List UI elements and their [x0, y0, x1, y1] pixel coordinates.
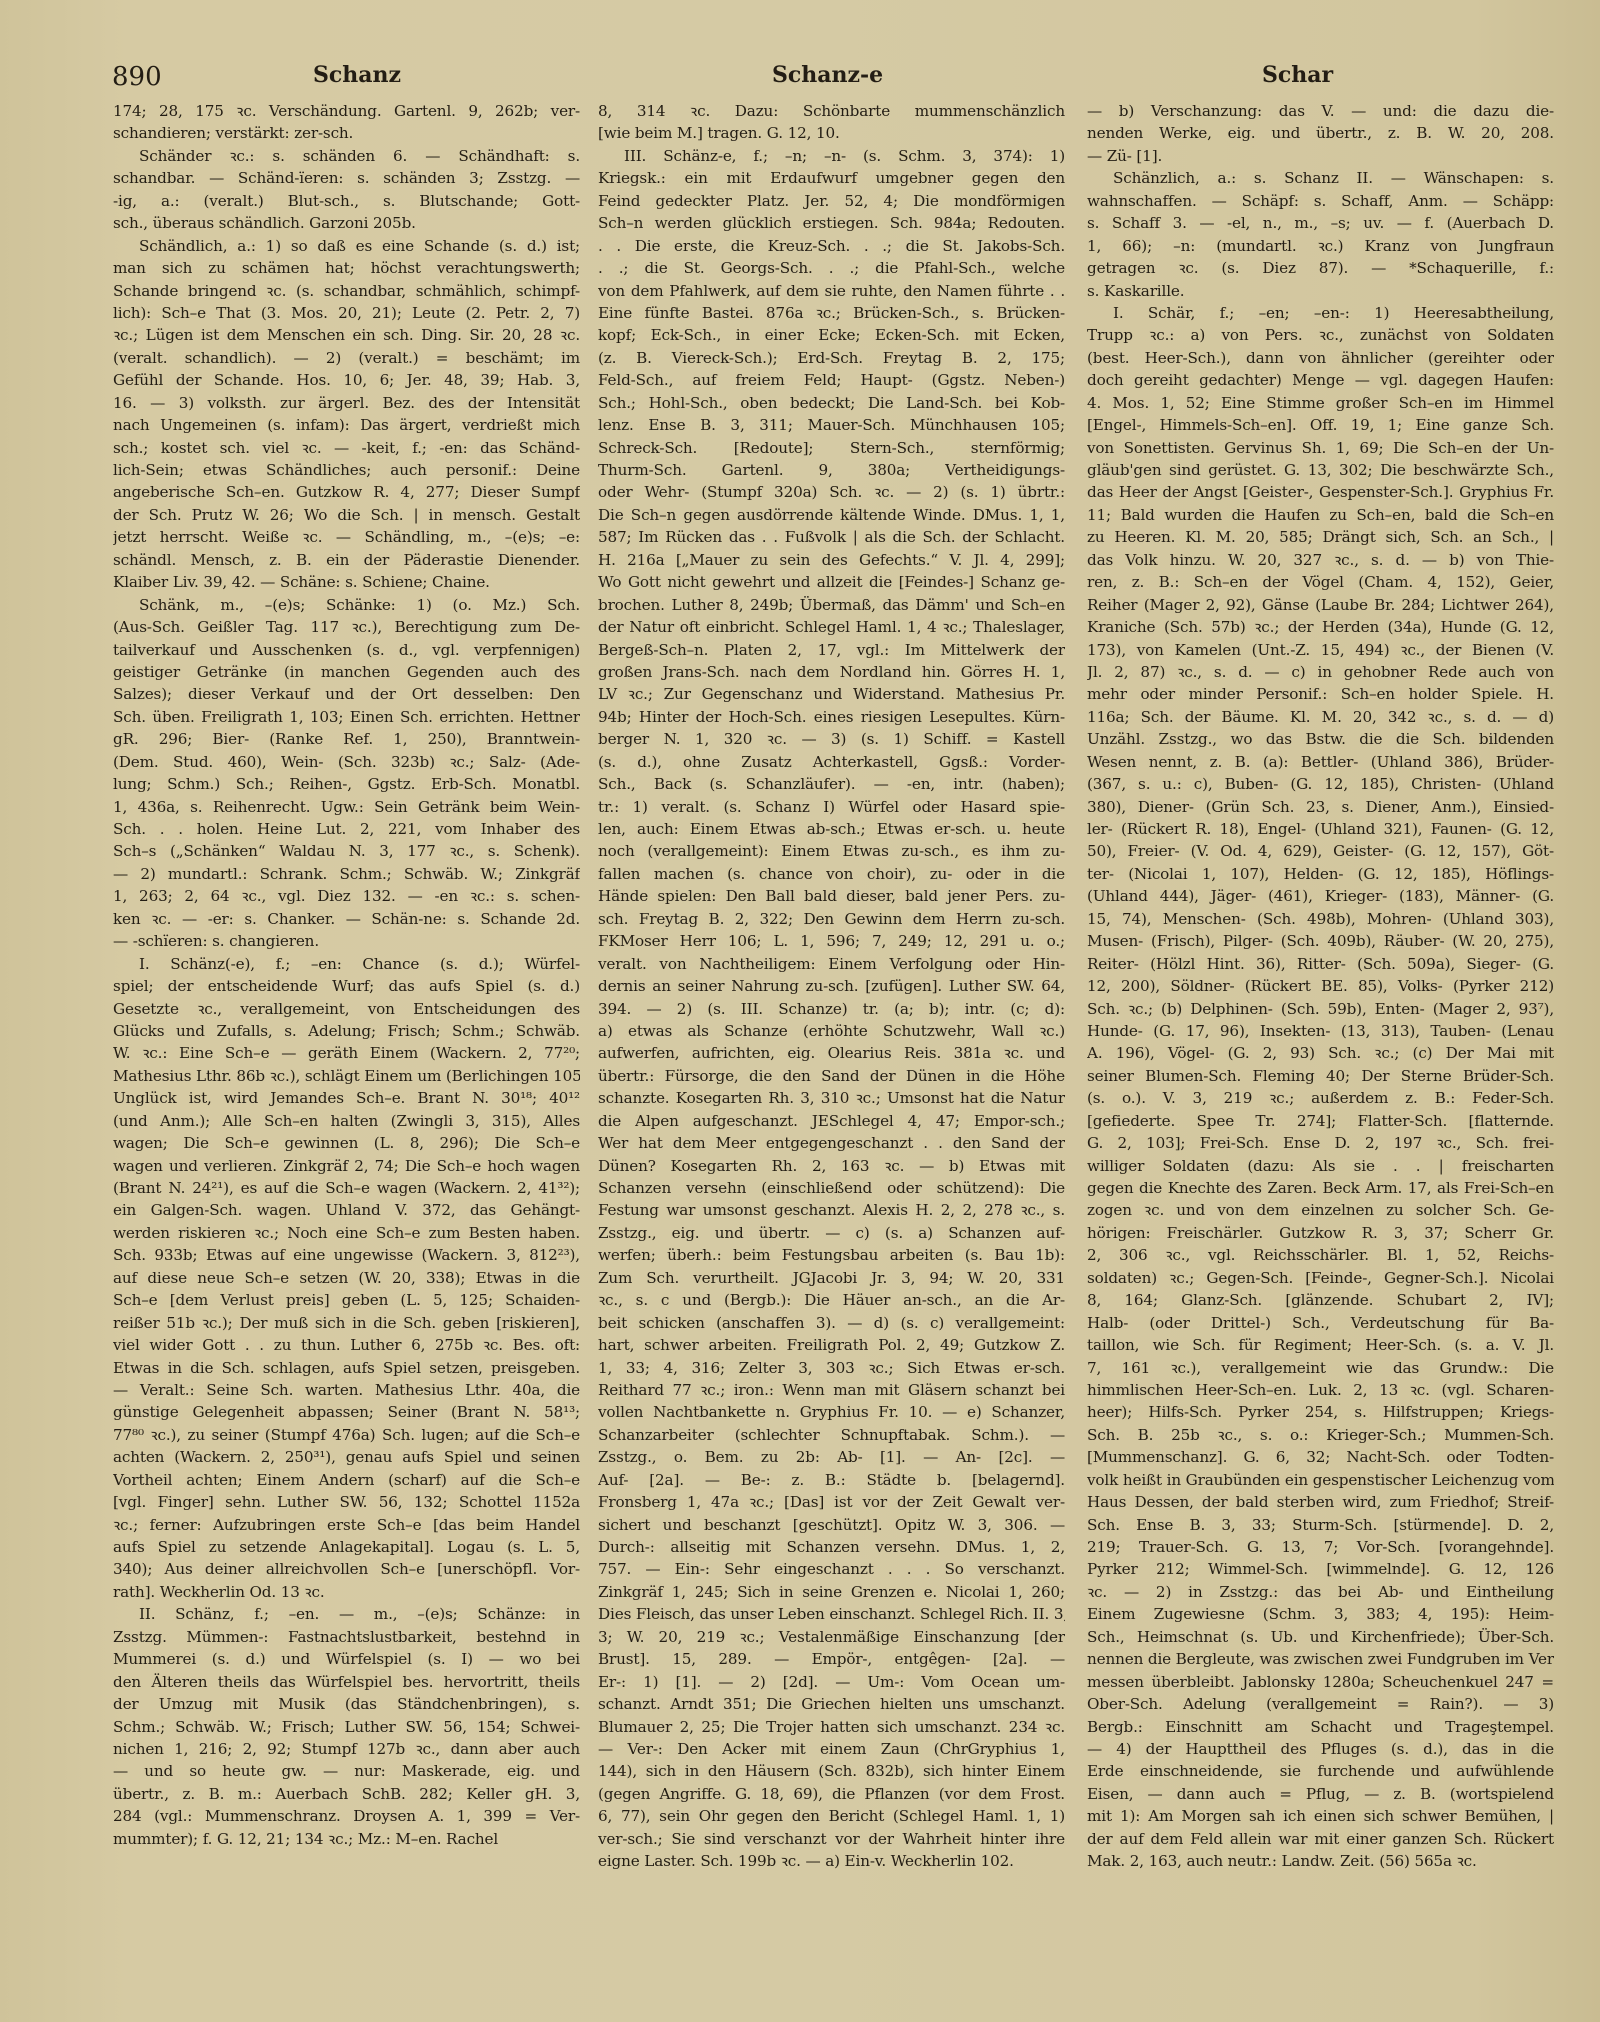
text-line: 1, 436a, s. Reihenrecht. Ugw.: Sein Getr…	[113, 796, 580, 818]
text-line: mehr oder minder Personif.: Sch–en holde…	[1087, 683, 1554, 705]
text-line: Glücks und Zufalls, s. Adelung; Frisch; …	[113, 1020, 580, 1042]
text-line: Wo Gott nicht gewehrt und allzeit die [F…	[598, 571, 1065, 593]
text-line: sch.; kostet sch. viel ꝛc. — -keit, f.; …	[113, 437, 580, 459]
text-line: Blumauer 2, 25; Die Trojer hatten sich u…	[598, 1716, 1065, 1738]
text-line: ꝛc. — 2) in Zsstzg.: das bei Ab- und Ein…	[1087, 1581, 1554, 1603]
text-line: Feind gedeckter Platz. Jer. 52, 4; Die m…	[598, 190, 1065, 212]
text-line: Erde einschneidende, sie furchende und a…	[1087, 1760, 1554, 1782]
text-line: Reiter- (Hölzl Hint. 36), Ritter- (Sch. …	[1087, 953, 1554, 975]
text-line: ver-sch.; Sie sind verschanzt vor der Wa…	[598, 1828, 1065, 1850]
text-line: gegen die Knechte des Zaren. Beck Arm. 1…	[1087, 1177, 1554, 1199]
text-line: Sch. . . holen. Heine Lut. 2, 221, vom I…	[113, 818, 580, 840]
text-line: lich-Sein; etwas Schändliches; auch pers…	[113, 459, 580, 481]
text-line: FKMoser Herr 106; L. 1, 596; 7, 249; 12,…	[598, 930, 1065, 952]
text-line: II. Schänz, f.; –en. — m., –(e)s; Schänz…	[113, 1603, 580, 1625]
text-line: (Uhland 444), Jäger- (461), Krieger- (18…	[1087, 885, 1554, 907]
text-line: 587; Im Rücken das . . Fußvolk | als die…	[598, 526, 1065, 548]
text-line: Schande bringend ꝛc. (s. schandbar, schm…	[113, 280, 580, 302]
text-line: Schändlich, a.: 1) so daß es eine Schand…	[113, 235, 580, 257]
text-line: schanzte. Kosegarten Rh. 3, 310 ꝛc.; Ums…	[598, 1087, 1065, 1109]
text-line: spiel; der entscheidende Wurf; das aufs …	[113, 975, 580, 997]
text-line: hart, schwer arbeiten. Freiligrath Pol. …	[598, 1334, 1065, 1356]
text-line: auf diese neue Sch–e setzen (W. 20, 338)…	[113, 1267, 580, 1289]
text-line: (gegen Angriffe. G. 18, 69), die Pflanze…	[598, 1783, 1065, 1805]
text-line: (Dem. Stud. 460), Wein- (Sch. 323b) ꝛc.;…	[113, 751, 580, 773]
text-line: wahnschaffen. — Schäpf: s. Schaff, Anm. …	[1087, 190, 1554, 212]
text-line: mit 1): Am Morgen sah ich einen sich sch…	[1087, 1805, 1554, 1827]
text-line: Schänzlich, a.: s. Schanz II. — Wänschap…	[1087, 167, 1554, 189]
text-line: Gesetzte ꝛc., verallgemeint, von Entsche…	[113, 998, 580, 1020]
text-line: Sch. üben. Freiligrath 1, 103; Einen Sch…	[113, 706, 580, 728]
text-line: Etwas in die Sch. schlagen, aufs Spiel s…	[113, 1357, 580, 1379]
text-line: dernis an seiner Nahrung zu-sch. [zufüge…	[598, 975, 1065, 997]
text-line: (und Anm.); Alle Sch–en halten (Zwingli …	[113, 1110, 580, 1132]
text-line: 4. Mos. 1, 52; Eine Stimme großer Sch–en…	[1087, 392, 1554, 414]
text-line: (367, s. u.: c), Buben- (G. 12, 185), Ch…	[1087, 773, 1554, 795]
text-line: tr.: 1) veralt. (s. Schanz I) Würfel ode…	[598, 796, 1065, 818]
text-line: — Zü- [1].	[1087, 145, 1554, 167]
text-line: (s. o.). V. 3, 219 ꝛc.; außerdem z. B.: …	[1087, 1087, 1554, 1109]
text-line: achten (Wackern. 2, 250³¹), genau aufs S…	[113, 1446, 580, 1468]
text-line: I. Schänz(-e), f.; –en: Chance (s. d.); …	[113, 953, 580, 975]
text-line: schändl. Mensch, z. B. ein der Päderasti…	[113, 549, 580, 571]
text-line: 7, 161 ꝛc.), verallgemeint wie das Grund…	[1087, 1357, 1554, 1379]
text-line: nichen 1, 216; 2, 92; Stumpf 127b ꝛc., d…	[113, 1738, 580, 1760]
text-line: Salzes); dieser Verkauf und der Ort dess…	[113, 683, 580, 705]
text-line: Thurm-Sch. Gartenl. 9, 380a; Vertheidigu…	[598, 459, 1065, 481]
text-line: Schm.; Schwäb. W.; Frisch; Luther SW. 56…	[113, 1716, 580, 1738]
text-line: schandieren; verstärkt: zer-sch.	[113, 122, 580, 144]
text-line: Sch. B. 25b ꝛc., s. o.: Krieger-Sch.; Mu…	[1087, 1424, 1554, 1446]
text-line: ter- (Nicolai 1, 107), Helden- (G. 12, 1…	[1087, 863, 1554, 885]
text-line: -ig, a.: (veralt.) Blut-sch., s. Blutsch…	[113, 190, 580, 212]
text-line: s. Schaff 3. — -el, n., m., –s; uv. — f.…	[1087, 212, 1554, 234]
text-line: sch. Freytag B. 2, 322; Den Gewinn dem H…	[598, 908, 1065, 930]
text-line: (Aus-Sch. Geißler Tag. 117 ꝛc.), Berecht…	[113, 616, 580, 638]
left-running-head: Schanz	[313, 62, 401, 88]
page-number: 890	[112, 62, 162, 92]
text-line: Wer hat dem Meer entgegengeschanzt . . d…	[598, 1132, 1065, 1154]
text-line: (veralt. schandlich). — 2) (veralt.) = b…	[113, 347, 580, 369]
text-line: 219; Trauer-Sch. G. 13, 7; Vor-Sch. [vor…	[1087, 1536, 1554, 1558]
text-line: Reiher (Mager 2, 92), Gänse (Laube Br. 2…	[1087, 594, 1554, 616]
text-line: das Volk hinzu. W. 20, 327 ꝛc., s. d. — …	[1087, 549, 1554, 571]
text-line: vollen Nachtbankette n. Gryphius Fr. 10.…	[598, 1401, 1065, 1423]
text-line: Sch–n werden glücklich erstiegen. Sch. 9…	[598, 212, 1065, 234]
text-line: messen überbleibt. Jablonsky 1280a; Sche…	[1087, 1671, 1554, 1693]
text-line: brochen. Luther 8, 249b; Übermaß, das Dä…	[598, 594, 1065, 616]
text-line: [Engel-, Himmels-Sch–en]. Off. 19, 1; Ei…	[1087, 414, 1554, 436]
text-line: reißer 51b ꝛc.); Der muß sich in die Sch…	[113, 1312, 580, 1334]
text-line: werfen; überh.: beim Festungsbau arbeite…	[598, 1244, 1065, 1266]
text-line: — 2) mundartl.: Schrank. Schm.; Schwäb. …	[113, 863, 580, 885]
text-line: lenz. Ense B. 3, 311; Mauer-Sch. Münchha…	[598, 414, 1065, 436]
text-line: (best. Heer-Sch.), dann von ähnlicher (g…	[1087, 347, 1554, 369]
text-line: wagen; Die Sch–e gewinnen (L. 8, 296); D…	[113, 1132, 580, 1154]
right-running-head: Schar	[1262, 62, 1333, 88]
text-line: 284 (vgl.: Mummenschranz. Droysen A. 1, …	[113, 1805, 580, 1827]
text-line: Festung war umsonst geschanzt. Alexis H.…	[598, 1199, 1065, 1221]
text-line: Brust]. 15, 289. — Empör-, entgêgen- [2a…	[598, 1648, 1065, 1670]
text-line: Ober-Sch. Adelung (verallgemeint = Rain?…	[1087, 1693, 1554, 1715]
text-line: Gefühl der Schande. Hos. 10, 6; Jer. 48,…	[113, 369, 580, 391]
text-line: (Brant N. 24²¹), es auf die Sch–e wagen …	[113, 1177, 580, 1199]
text-column-right: — b) Verschanzung: das V. — und: die daz…	[1087, 100, 1554, 1873]
text-line: len, auch: Einem Etwas ab-sch.; Etwas er…	[598, 818, 1065, 840]
text-line: Zinkgräf 1, 245; Sich in seine Grenzen e…	[598, 1581, 1065, 1603]
text-line: LV ꝛc.; Zur Gegenschanz und Widerstand. …	[598, 683, 1065, 705]
text-line: Halb- (oder Drittel-) Sch., Verdeutschun…	[1087, 1312, 1554, 1334]
text-column-left: 174; 28, 175 ꝛc. Verschändung. Gartenl. …	[113, 100, 580, 1850]
text-line: Sch–e [dem Verlust preis] geben (L. 5, 1…	[113, 1289, 580, 1311]
text-line: nenden Werke, eig. und übertr., z. B. W.…	[1087, 122, 1554, 144]
text-line: Unglück ist, wird Jemandes Sch–e. Brant …	[113, 1087, 580, 1109]
text-line: fallen machen (s. chance von choir), zu-…	[598, 863, 1065, 885]
text-line: das Heer der Angst [Geister-, Gespenster…	[1087, 481, 1554, 503]
text-line: 380), Diener- (Grün Sch. 23, s. Diener, …	[1087, 796, 1554, 818]
text-line: Feld-Sch., auf freiem Feld; Haupt- (Ggst…	[598, 369, 1065, 391]
text-line: 144), sich in den Häusern (Sch. 832b), s…	[598, 1760, 1065, 1782]
text-line: Sch. ꝛc.; (b) Delphinen- (Sch. 59b), Ent…	[1087, 998, 1554, 1020]
text-line: Schänder ꝛc.: s. schänden 6. — Schändhaf…	[113, 145, 580, 167]
text-line: 11; Bald wurden die Haufen zu Sch–en, ba…	[1087, 504, 1554, 526]
text-line: Zsstzg. Mümmen-: Fastnachtslustbarkeit, …	[113, 1626, 580, 1648]
text-line: 3; W. 20, 219 ꝛc.; Vestalenmäßige Einsch…	[598, 1626, 1065, 1648]
text-line: getragen ꝛc. (s. Diez 87). — *Schaqueril…	[1087, 257, 1554, 279]
text-line: ken ꝛc. — -er: s. Chanker. — Schän-ne: s…	[113, 908, 580, 930]
text-line: 340); Aus deiner allreichvollen Sch–e [u…	[113, 1558, 580, 1580]
text-line: Bergeß-Sch–n. Platen 2, 17, vgl.: Im Mit…	[598, 639, 1065, 661]
text-line: [wie beim M.] tragen. G. 12, 10.	[598, 122, 1065, 144]
text-line: seiner Blumen-Sch. Fleming 40; Der Stern…	[1087, 1065, 1554, 1087]
text-line: Auf- [2a]. — Be-: z. B.: Städte b. [bela…	[598, 1469, 1065, 1491]
text-line: eigne Laster. Sch. 199b ꝛc. — a) Ein-v. …	[598, 1850, 1065, 1872]
text-line: Eine fünfte Bastei. 876a ꝛc.; Brücken-Sc…	[598, 302, 1065, 324]
text-line: Klaiber Liv. 39, 42. — Schäne: s. Schien…	[113, 571, 580, 593]
text-line: — Ver-: Den Acker mit einem Zaun (ChrGry…	[598, 1738, 1065, 1760]
text-line: Hunde- (G. 17, 96), Insekten- (13, 313),…	[1087, 1020, 1554, 1042]
text-line: tailverkauf und Ausschenken (s. d., vgl.…	[113, 639, 580, 661]
text-line: soldaten) ꝛc.; Gegen-Sch. [Feinde-, Gegn…	[1087, 1267, 1554, 1289]
text-line: a) etwas als Schanze (erhöhte Schutzwehr…	[598, 1020, 1065, 1042]
text-line: Kraniche (Sch. 57b) ꝛc.; der Herden (34a…	[1087, 616, 1554, 638]
text-line: noch (verallgemeint): Einem Etwas zu-sch…	[598, 840, 1065, 862]
text-line: die Alpen aufgeschanzt. JESchlegel 4, 47…	[598, 1110, 1065, 1132]
text-line: — b) Verschanzung: das V. — und: die daz…	[1087, 100, 1554, 122]
text-line: geistiger Getränke (in manchen Gegenden …	[113, 661, 580, 683]
text-line: I. Schär, f.; –en; –en-: 1) Heeresabthei…	[1087, 302, 1554, 324]
text-line: taillon, wie Sch. für Regiment; Heer-Sch…	[1087, 1334, 1554, 1356]
text-line: übertr., z. B. m.: Auerbach SchB. 282; K…	[113, 1783, 580, 1805]
text-line: nennen die Bergleute, was zwischen zwei …	[1087, 1648, 1554, 1670]
text-line: Die Sch–n gegen ausdörrende kältende Win…	[598, 504, 1065, 526]
text-line: doch gereiht gedachter) Menge — vgl. dag…	[1087, 369, 1554, 391]
text-line: sichert und beschanzt [geschützt]. Opitz…	[598, 1514, 1065, 1536]
text-line: ren, z. B.: Sch–en der Vögel (Cham. 4, 1…	[1087, 571, 1554, 593]
text-line: Sch. 933b; Etwas auf eine ungewisse (Wac…	[113, 1244, 580, 1266]
text-line: man sich zu schämen hat; höchst verachtu…	[113, 257, 580, 279]
text-line: nach Ungemeinen (s. infam): Das ärgert, …	[113, 414, 580, 436]
text-line: Haus Dessen, der bald sterben wird, zum …	[1087, 1491, 1554, 1513]
text-line: ꝛc., s. c und (Bergb.): Die Häuer an-sch…	[598, 1289, 1065, 1311]
text-line: schandbar. — Schänd-ïeren: s. schänden 3…	[113, 167, 580, 189]
text-line: Reithard 77 ꝛc.; iron.: Wenn man mit Glä…	[598, 1379, 1065, 1401]
text-line: Vortheil achten; Einem Andern (scharf) a…	[113, 1469, 580, 1491]
text-line: rath]. Weckherlin Od. 13 ꝛc.	[113, 1581, 580, 1603]
text-line: sch., überaus schändlich. Garzoni 205b.	[113, 212, 580, 234]
text-line: 1, 33; 4, 316; Zelter 3, 303 ꝛc.; Sich E…	[598, 1357, 1065, 1379]
text-line: III. Schänz-e, f.; –n; –n- (s. Schm. 3, …	[598, 145, 1065, 167]
text-line: veralt. von Nachtheiligem: Einem Verfolg…	[598, 953, 1065, 975]
text-line: wagen und verlieren. Zinkgräf 2, 74; Die…	[113, 1155, 580, 1177]
text-line: Sch. Ense B. 3, 33; Sturm-Sch. [stürmend…	[1087, 1514, 1554, 1536]
running-header: 890 Schanz Schanz-e Schar	[0, 62, 1600, 102]
text-line: Sch., Heimschnat (s. Ub. und Kirchenfrie…	[1087, 1626, 1554, 1648]
text-line: Er-: 1) [1]. — 2) [2d]. — Um-: Vom Ocean…	[598, 1671, 1065, 1693]
text-line: Mathesius Lthr. 86b ꝛc.), schlägt Einem …	[113, 1065, 580, 1087]
text-line: . . Die erste, die Kreuz-Sch. . .; die S…	[598, 235, 1065, 257]
text-line: Zum Sch. verurtheilt. JGJacobi Jr. 3, 94…	[598, 1267, 1065, 1289]
text-line: Schänk, m., –(e)s; Schänke: 1) (o. Mz.) …	[113, 594, 580, 616]
text-line: 116a; Sch. der Bäume. Kl. M. 20, 342 ꝛc.…	[1087, 706, 1554, 728]
text-line: der Natur oft einbricht. Schlegel Haml. …	[598, 616, 1065, 638]
text-line: williger Soldaten (dazu: Als sie . . | f…	[1087, 1155, 1554, 1177]
text-line: ꝛc.; Lügen ist dem Menschen ein sch. Din…	[113, 324, 580, 346]
text-line: Schanzarbeiter (schlechter Schnupftabak.…	[598, 1424, 1065, 1446]
text-line: Zsstzg., o. Bem. zu 2b: Ab- [1]. — An- […	[598, 1446, 1065, 1468]
text-line: Trupp ꝛc.: a) von Pers. ꝛc., zunächst vo…	[1087, 324, 1554, 346]
text-line: 94b; Hinter der Hoch-Sch. eines riesigen…	[598, 706, 1065, 728]
text-line: 2, 306 ꝛc., vgl. Reichsschärler. Bl. 1, …	[1087, 1244, 1554, 1266]
text-line: s. Kaskarille.	[1087, 280, 1554, 302]
text-line: Jl. 2, 87) ꝛc., s. d. — c) in gehobner R…	[1087, 661, 1554, 683]
text-line: viel wider Gott . . zu thun. Luther 6, 2…	[113, 1334, 580, 1356]
text-line: G. 2, 103]; Frei-Sch. Ense D. 2, 197 ꝛc.…	[1087, 1132, 1554, 1154]
text-line: Durch-: allseitig mit Schanzen versehn. …	[598, 1536, 1065, 1558]
text-line: 50), Freier- (V. Od. 4, 629), Geister- (…	[1087, 840, 1554, 862]
text-line: Musen- (Frisch), Pilger- (Sch. 409b), Rä…	[1087, 930, 1554, 952]
text-line: zu Heeren. Kl. M. 20, 585; Drängt sich, …	[1087, 526, 1554, 548]
text-line: von Sonettisten. Gervinus Sh. 1, 69; Die…	[1087, 437, 1554, 459]
text-line: 16. — 3) volksth. zur ärgerl. Bez. des d…	[113, 392, 580, 414]
text-line: der Sch. Prutz W. 26; Wo die Sch. | in m…	[113, 504, 580, 526]
text-line: großen Jrans-Sch. nach dem Nordland hin.…	[598, 661, 1065, 683]
text-line: Dies Fleisch, das unser Leben einschanzt…	[598, 1603, 1065, 1625]
text-line: Zsstzg., eig. und übertr. — c) (s. a) Sc…	[598, 1222, 1065, 1244]
text-line: Mummerei (s. d.) und Würfelspiel (s. I) …	[113, 1648, 580, 1670]
text-line: günstige Gelegenheit abpassen; Seiner (B…	[113, 1401, 580, 1423]
text-line: zogen ꝛc. und von dem einzelnen zu solch…	[1087, 1199, 1554, 1221]
text-line: von dem Pfahlwerk, auf dem sie ruhte, de…	[598, 280, 1065, 302]
text-line: Eisen, — dann auch = Pflug, — z. B. (wor…	[1087, 1783, 1554, 1805]
text-line: Sch., Back (s. Schanzläufer). — -en, int…	[598, 773, 1065, 795]
dictionary-page: 890 Schanz Schanz-e Schar 174; 28, 175 ꝛ…	[0, 0, 1600, 2022]
text-line: — und so heute gw. — nur: Maskerade, eig…	[113, 1760, 580, 1782]
text-line: aufs Spiel zu setzende Anlagekapital]. L…	[113, 1536, 580, 1558]
text-line: Fronsberg 1, 47a ꝛc.; [Das] ist vor der …	[598, 1491, 1065, 1513]
text-line: lich): Sch–e That (3. Mos. 20, 21); Leut…	[113, 302, 580, 324]
text-line: [gefiederte. Spee Tr. 274]; Flatter-Sch.…	[1087, 1110, 1554, 1132]
text-line: 15, 74), Menschen- (Sch. 498b), Mohren- …	[1087, 908, 1554, 930]
text-line: Sch–s („Schänken“ Waldau N. 3, 177 ꝛc., …	[113, 840, 580, 862]
text-line: beit schicken (anschaffen 3). — d) (s. c…	[598, 1312, 1065, 1334]
text-line: aufwerfen, aufrichten, eig. Olearius Rei…	[598, 1042, 1065, 1064]
text-line: Dünen? Kosegarten Rh. 2, 163 ꝛc. — b) Et…	[598, 1155, 1065, 1177]
text-line: oder Wehr- (Stumpf 320a) Sch. ꝛc. — 2) (…	[598, 481, 1065, 503]
text-line: [vgl. Finger] sehn. Luther SW. 56, 132; …	[113, 1491, 580, 1513]
text-line: 12, 200), Söldner- (Rückert BE. 85), Vol…	[1087, 975, 1554, 997]
text-line: übertr.: Fürsorge, die den Sand der Düne…	[598, 1065, 1065, 1087]
text-line: der Umzug mit Musik (das Ständchenbringe…	[113, 1693, 580, 1715]
text-column-center: 8, 314 ꝛc. Dazu: Schönbarte mummenschänz…	[598, 100, 1065, 1873]
text-line: 173), von Kamelen (Unt.-Z. 15, 494) ꝛc.,…	[1087, 639, 1554, 661]
text-line: Sch.; Hohl-Sch., oben bedeckt; Die Land-…	[598, 392, 1065, 414]
text-line: ein Galgen-Sch. wagen. Uhland V. 372, da…	[113, 1199, 580, 1221]
text-line: lung; Schm.) Sch.; Reihen-, Ggstz. Erb-S…	[113, 773, 580, 795]
text-line: ler- (Rückert R. 18), Engel- (Uhland 321…	[1087, 818, 1554, 840]
text-line: 174; 28, 175 ꝛc. Verschändung. Gartenl. …	[113, 100, 580, 122]
text-line: — -schïeren: s. changieren.	[113, 930, 580, 952]
text-line: Schanzen versehn (einschließend oder sch…	[598, 1177, 1065, 1199]
text-line: (z. B. Viereck-Sch.); Erd-Sch. Freytag B…	[598, 347, 1065, 369]
text-line: kopf; Eck-Sch., in einer Ecke; Ecken-Sch…	[598, 324, 1065, 346]
text-line: jetzt herrscht. Weiße ꝛc. — Schändling, …	[113, 526, 580, 548]
text-line: 757. — Ein-: Sehr eingeschanzt . . . So …	[598, 1558, 1065, 1580]
text-line: angeberische Sch–en. Gutzkow R. 4, 277; …	[113, 481, 580, 503]
text-line: — 4) der Haupttheil des Pfluges (s. d.),…	[1087, 1738, 1554, 1760]
text-line: mummter); f. G. 12, 21; 134 ꝛc.; Mz.: M–…	[113, 1828, 580, 1850]
text-line: gläub'gen sind gerüstet. G. 13, 302; Die…	[1087, 459, 1554, 481]
text-line: berger N. 1, 320 ꝛc. — 3) (s. 1) Schiff.…	[598, 728, 1065, 750]
text-line: — Veralt.: Seine Sch. warten. Mathesius …	[113, 1379, 580, 1401]
text-line: 394. — 2) (s. III. Schanze) tr. (a; b); …	[598, 998, 1065, 1020]
text-line: Kriegsk.: ein mit Erdaufwurf umgebner ge…	[598, 167, 1065, 189]
text-line: W. ꝛc.: Eine Sch–e — geräth Einem (Wacke…	[113, 1042, 580, 1064]
text-line: 6, 77), sein Ohr gegen den Bericht (Schl…	[598, 1805, 1065, 1827]
text-line: 77⁸⁰ ꝛc.), zu seiner (Stumpf 476a) Sch. …	[113, 1424, 580, 1446]
text-line: Schreck-Sch. [Redoute]; Stern-Sch., ster…	[598, 437, 1065, 459]
text-line: 8, 314 ꝛc. Dazu: Schönbarte mummenschänz…	[598, 100, 1065, 122]
text-line: 8, 164; Glanz-Sch. [glänzende. Schubart …	[1087, 1289, 1554, 1311]
text-line: Einem Zugewiesne (Schm. 3, 383; 4, 195):…	[1087, 1603, 1554, 1625]
text-line: 1, 66); –n: (mundartl. ꝛc.) Kranz von Ju…	[1087, 235, 1554, 257]
text-line: heer); Hilfs-Sch. Pyrker 254, s. Hilfstr…	[1087, 1401, 1554, 1423]
text-line: hörigen: Freischärler. Gutzkow R. 3, 37;…	[1087, 1222, 1554, 1244]
text-line: gR. 296; Bier- (Ranke Ref. 1, 250), Bran…	[113, 728, 580, 750]
text-line: [Mummenschanz]. G. 6, 32; Nacht-Sch. ode…	[1087, 1446, 1554, 1468]
text-line: H. 216a [„Mauer zu sein des Gefechts.“ V…	[598, 549, 1065, 571]
text-line: den Älteren theils das Würfelspiel bes. …	[113, 1671, 580, 1693]
text-line: . .; die St. Georgs-Sch. . .; die Pfahl-…	[598, 257, 1065, 279]
text-line: werden riskieren ꝛc.; Noch eine Sch–e zu…	[113, 1222, 580, 1244]
text-line: Wesen nennt, z. B. (a): Bettler- (Uhland…	[1087, 751, 1554, 773]
text-line: (s. d.), ohne Zusatz Achterkastell, Ggsß…	[598, 751, 1065, 773]
text-line: himmlischen Heer-Sch–en. Luk. 2, 13 ꝛc. …	[1087, 1379, 1554, 1401]
center-running-head: Schanz-e	[772, 62, 883, 88]
text-line: ꝛc.; ferner: Aufzubringen erste Sch–e [d…	[113, 1514, 580, 1536]
text-line: Mak. 2, 163, auch neutr.: Landw. Zeit. (…	[1087, 1850, 1554, 1872]
text-line: 1, 263; 2, 64 ꝛc., vgl. Diez 132. — -en …	[113, 885, 580, 907]
text-line: schanzt. Arndt 351; Die Griechen hielten…	[598, 1693, 1065, 1715]
text-line: Hände spielen: Den Ball bald dieser, bal…	[598, 885, 1065, 907]
text-line: A. 196), Vögel- (G. 2, 93) Sch. ꝛc.; (c)…	[1087, 1042, 1554, 1064]
text-line: Pyrker 212; Wimmel-Sch. [wimmelnde]. G. …	[1087, 1558, 1554, 1580]
text-line: der auf dem Feld allein war mit einer ga…	[1087, 1828, 1554, 1850]
text-line: Unzähl. Zsstzg., wo das Bstw. die die Sc…	[1087, 728, 1554, 750]
text-line: Bergb.: Einschnitt am Schacht und Trageş…	[1087, 1716, 1554, 1738]
text-line: volk heißt in Graubünden ein gespenstisc…	[1087, 1469, 1554, 1491]
